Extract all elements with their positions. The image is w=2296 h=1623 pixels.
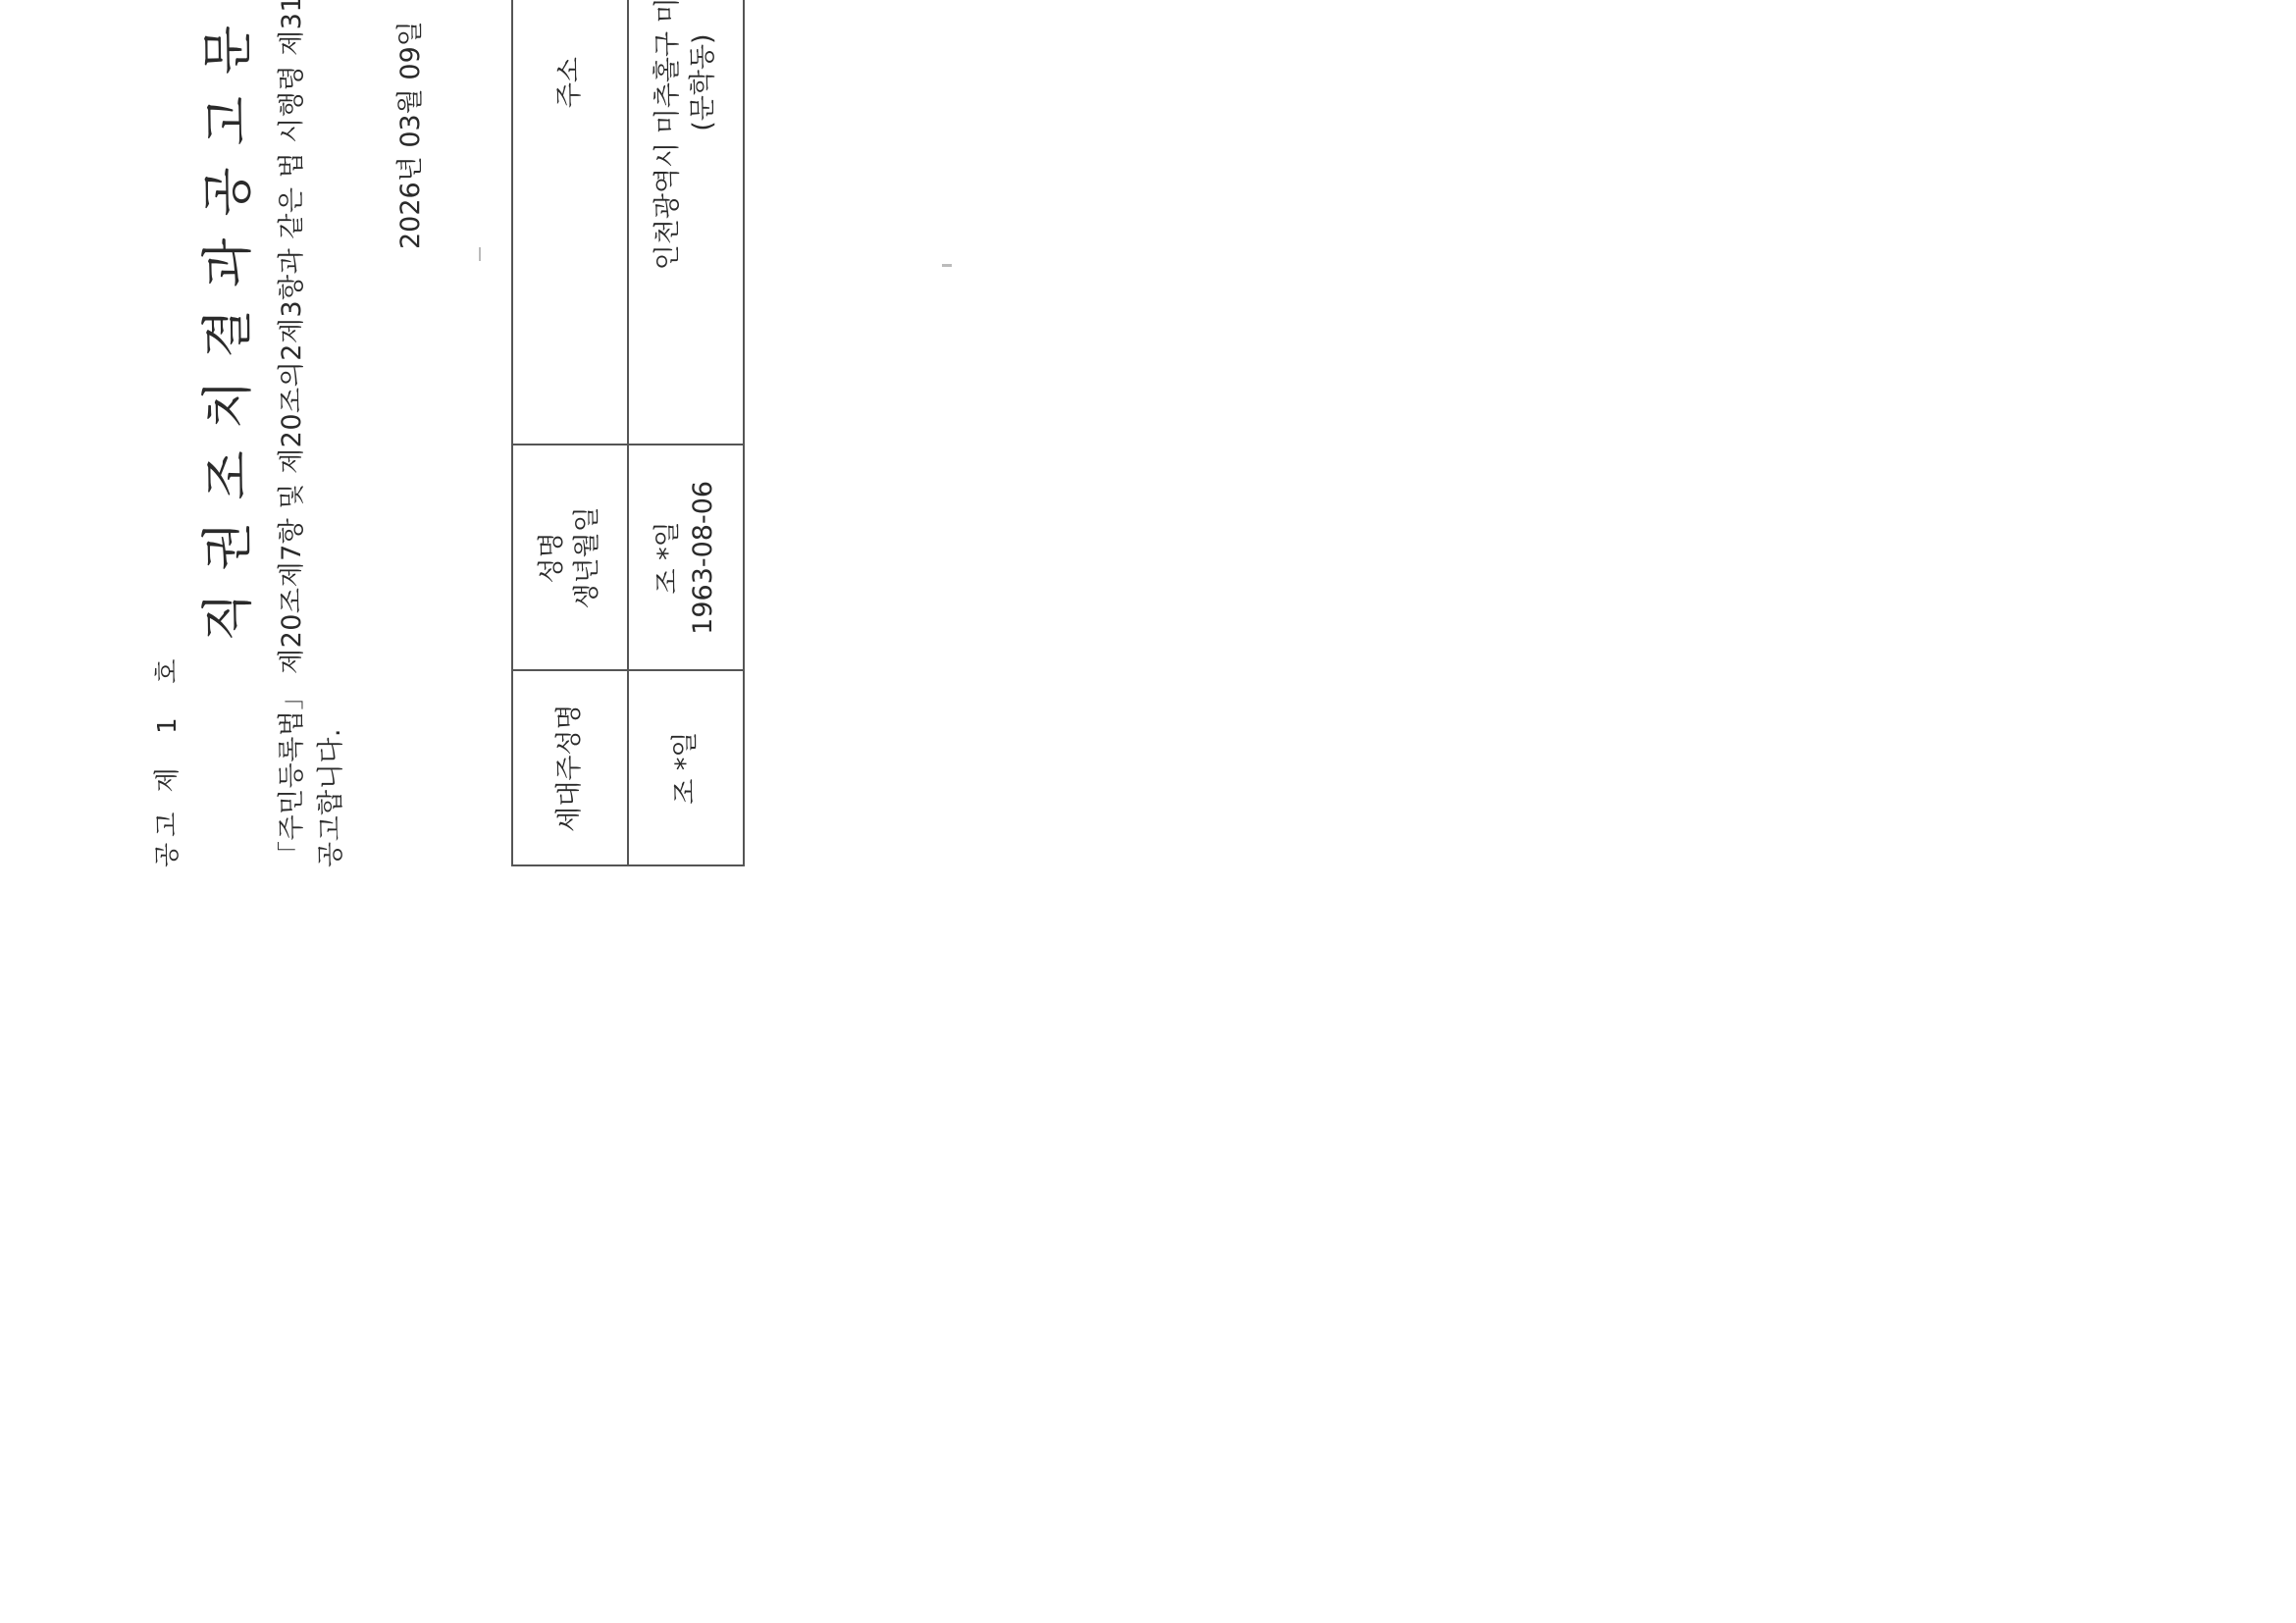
table-row: 조 *일 조 *일 1963-08-06 인천광역시 미추홀구 미추홀대로 (문… (628, 0, 744, 865)
header-name-birth: 성명 생년월일 (512, 445, 628, 671)
header-birth: 생년월일 (570, 454, 605, 662)
notice-date: 2026년 03월 09일 (389, 21, 427, 249)
cell-name-birth: 조 *일 1963-08-06 (628, 445, 744, 671)
header-address: 주소 (512, 0, 628, 445)
table-header-row: 세대주성명 성명 생년월일 주소 직권조치사항 직권조치일자 (512, 0, 628, 865)
cell-householder: 조 *일 (628, 670, 744, 865)
header-name: 성명 (535, 454, 570, 662)
notice-number: 공고 제 1 호 (147, 654, 183, 867)
cell-address-line1: 인천광역시 미추홀구 미추홀대로 (651, 0, 686, 437)
document: 공고 제 1 호 직권조치결과공고문 「주민등록법」 제20조제7항 및 제20… (0, 0, 2296, 1623)
records-table: 세대주성명 성명 생년월일 주소 직권조치사항 직권조치일자 조 *일 조 *일… (511, 0, 745, 866)
scan-speck (479, 247, 481, 261)
header-householder: 세대주성명 (512, 670, 628, 865)
cell-birth: 1963-08-06 (686, 454, 721, 662)
cell-address-line2: (문학동) (686, 0, 721, 437)
document-title: 직권조치결과공고문 (186, 0, 260, 642)
cell-address: 인천광역시 미추홀구 미추홀대로 (문학동) (628, 0, 744, 445)
notice-body: 「주민등록법」 제20조제7항 및 제20조의2제3항과 같은 법 시행령 제3… (273, 0, 351, 867)
cell-name: 조 *일 (651, 454, 686, 662)
scan-speck (942, 264, 952, 267)
rotated-page: 공고 제 1 호 직권조치결과공고문 「주민등록법」 제20조제7항 및 제20… (0, 0, 1623, 1623)
